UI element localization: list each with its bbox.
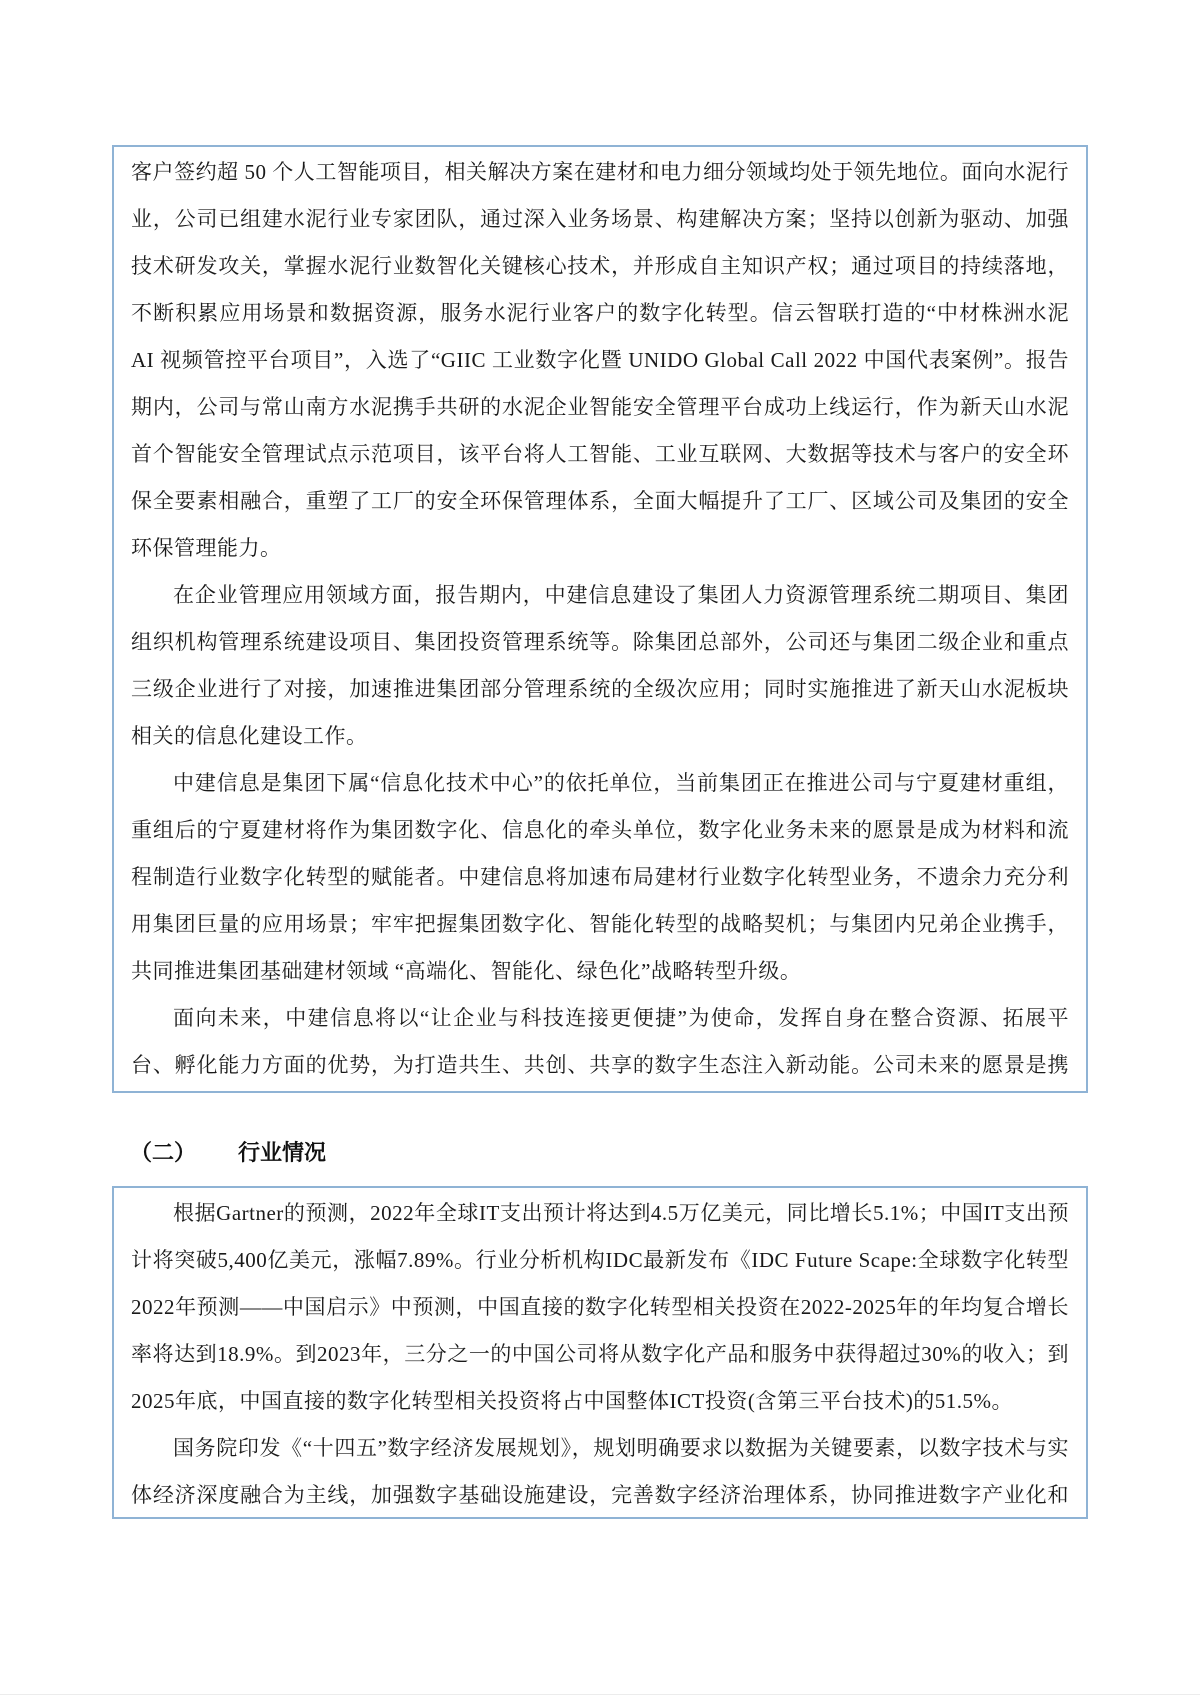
section-title: 行业情况 <box>238 1140 326 1165</box>
section-number: （二） <box>130 1140 196 1165</box>
industry-overview-text-box: 根据Gartner的预测，2022年全球IT支出预计将达到4.5万亿美元，同比增… <box>112 1186 1088 1519</box>
paragraph: 根据Gartner的预测，2022年全球IT支出预计将达到4.5万亿美元，同比增… <box>131 1190 1069 1425</box>
paragraph: 面向未来，中建信息将以“让企业与科技连接更便捷”为使命，发挥自身在整合资源、拓展… <box>131 995 1069 1093</box>
business-overview-text-box: 客户签约超 50 个人工智能项目，相关解决方案在建材和电力细分领域均处于领先地位… <box>112 145 1088 1093</box>
page-bottom-divider <box>0 1694 1200 1695</box>
paragraph: 在企业管理应用领域方面，报告期内，中建信息建设了集团人力资源管理系统二期项目、集… <box>131 572 1069 760</box>
paragraph: 客户签约超 50 个人工智能项目，相关解决方案在建材和电力细分领域均处于领先地位… <box>131 149 1069 572</box>
paragraph: 中建信息是集团下属“信息化技术中心”的依托单位，当前集团正在推进公司与宁夏建材重… <box>131 760 1069 995</box>
section-heading: （二）行业情况 <box>130 1136 326 1167</box>
paragraph: 国务院印发《“十四五”数字经济发展规划》，规划明确要求以数据为关键要素，以数字技… <box>131 1425 1069 1519</box>
